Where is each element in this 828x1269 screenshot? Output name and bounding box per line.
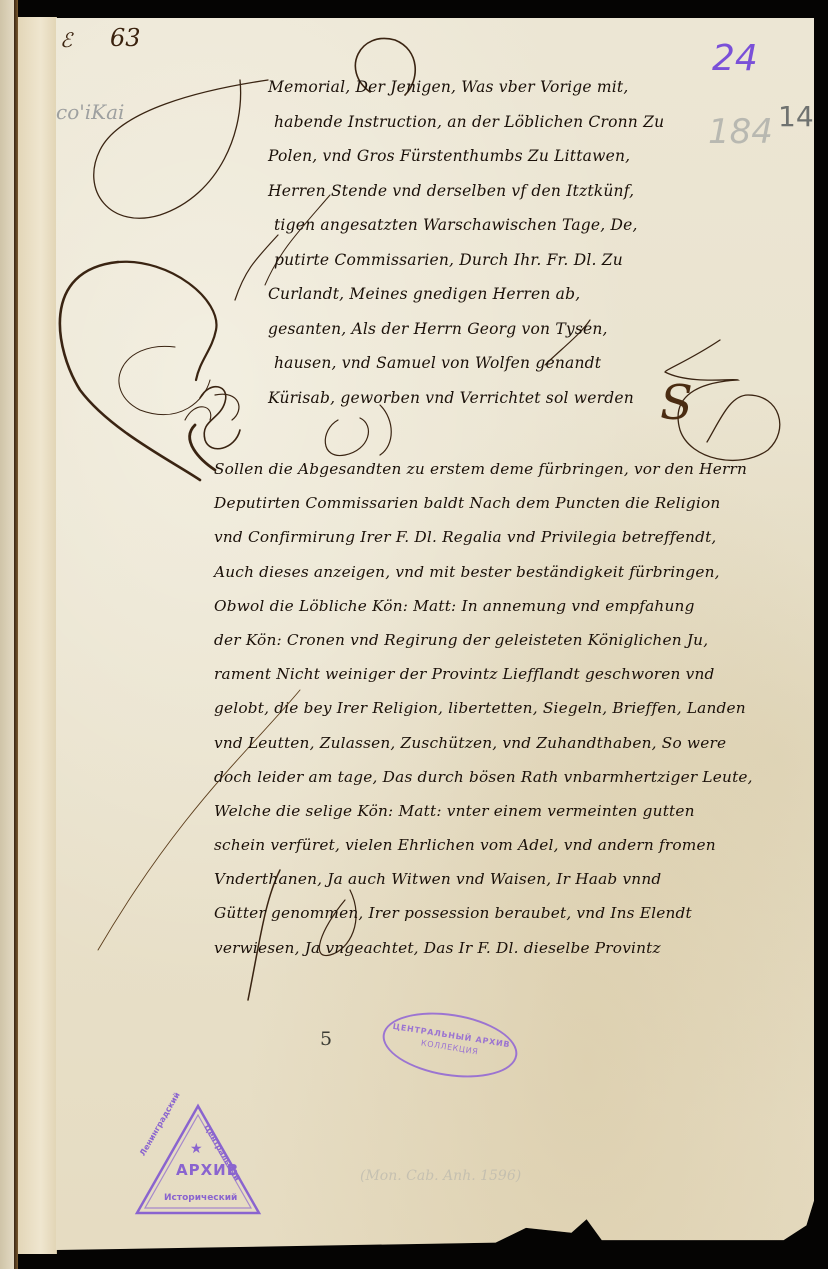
- heading-line: habende Instruction, an der Löblichen Cr…: [268, 105, 723, 140]
- heading-line: putirte Commissarien, Durch Ihr. Fr. Dl.…: [268, 243, 723, 278]
- body-line: gelobt, die bey Irer Religion, libertett…: [214, 691, 804, 725]
- body-line: rament Nicht weiniger der Provintz Lieff…: [214, 657, 804, 691]
- body-line: Obwol die Löbliche Kön: Matt: In annemun…: [214, 589, 804, 623]
- heading-line: Polen, vnd Gros Fürstenthumbs Zu Littawe…: [268, 139, 723, 174]
- body-line: Deputirten Commissarien baldt Nach dem P…: [214, 486, 804, 520]
- paper-guard-strip: [18, 17, 57, 1254]
- heading-line: Herren Stende vnd derselben vf den Itztk…: [268, 174, 723, 209]
- body-line: Gütter genommen, Irer possession beraube…: [214, 896, 804, 930]
- folio-number: 63: [110, 24, 141, 52]
- pencil-folio-number: 14: [778, 100, 814, 133]
- heading-line: Curlandt, Meines gnedigen Herren ab,: [268, 277, 723, 312]
- triangle-archive-stamp: Ленинградский Центральный ★ АРХИВ Истори…: [134, 1103, 262, 1217]
- page-number: 5: [320, 1028, 332, 1050]
- body-line: doch leider am tage, Das durch bösen Rat…: [214, 760, 804, 794]
- faint-pencil-annotation: (Mon. Cab. Anh. 1596): [360, 1168, 521, 1184]
- body-line: Sollen die Abgesandten zu erstem deme fü…: [214, 452, 804, 486]
- body-line: verwiesen, Ja vngeachtet, Das Ir F. Dl. …: [214, 931, 804, 965]
- heading-line: Memorial, Der Jenigen, Was vber Vorige m…: [268, 70, 723, 105]
- ornamental-initial: S: [660, 375, 693, 431]
- triangle-stamp-bottom-text: Исторический: [164, 1193, 237, 1203]
- heading-line: hausen, vnd Samuel von Wolfen genandt: [268, 346, 723, 381]
- body-line: vnd Confirmirung Irer F. Dl. Regalia vnd…: [214, 520, 804, 554]
- triangle-stamp-center-text: АРХИВ: [176, 1161, 239, 1179]
- manuscript-body: Sollen die Abgesandten zu erstem deme fü…: [214, 452, 804, 965]
- body-line: vnd Leutten, Zulassen, Zuschützen, vnd Z…: [214, 726, 804, 760]
- body-line: Vnderthanen, Ja auch Witwen vnd Waisen, …: [214, 862, 804, 896]
- pencil-margin-note: co'iKai: [56, 100, 124, 124]
- body-line: schein verfüret, vielen Ehrlichen vom Ad…: [214, 828, 804, 862]
- heading-line: gesanten, Als der Herrn Georg von Tysen,: [268, 312, 723, 347]
- body-line: Auch dieses anzeigen, vnd mit bester bes…: [214, 555, 804, 589]
- heading-line: tigen angesatzten Warschawischen Tage, D…: [268, 208, 723, 243]
- body-line: der Kön: Cronen vnd Regirung der geleist…: [214, 623, 804, 657]
- manuscript-scan: ℰ 63 co'iKai 24 184 14 Memorial, Der Jen…: [0, 0, 828, 1269]
- memorial-heading: Memorial, Der Jenigen, Was vber Vorige m…: [268, 70, 723, 415]
- heading-line: Kürisab, geworben vnd Verrichtet sol wer…: [268, 381, 723, 416]
- folio-mark: ℰ: [60, 28, 72, 52]
- star-icon: ★: [190, 1141, 203, 1157]
- body-line: Welche die selige Kön: Matt: vnter einem…: [214, 794, 804, 828]
